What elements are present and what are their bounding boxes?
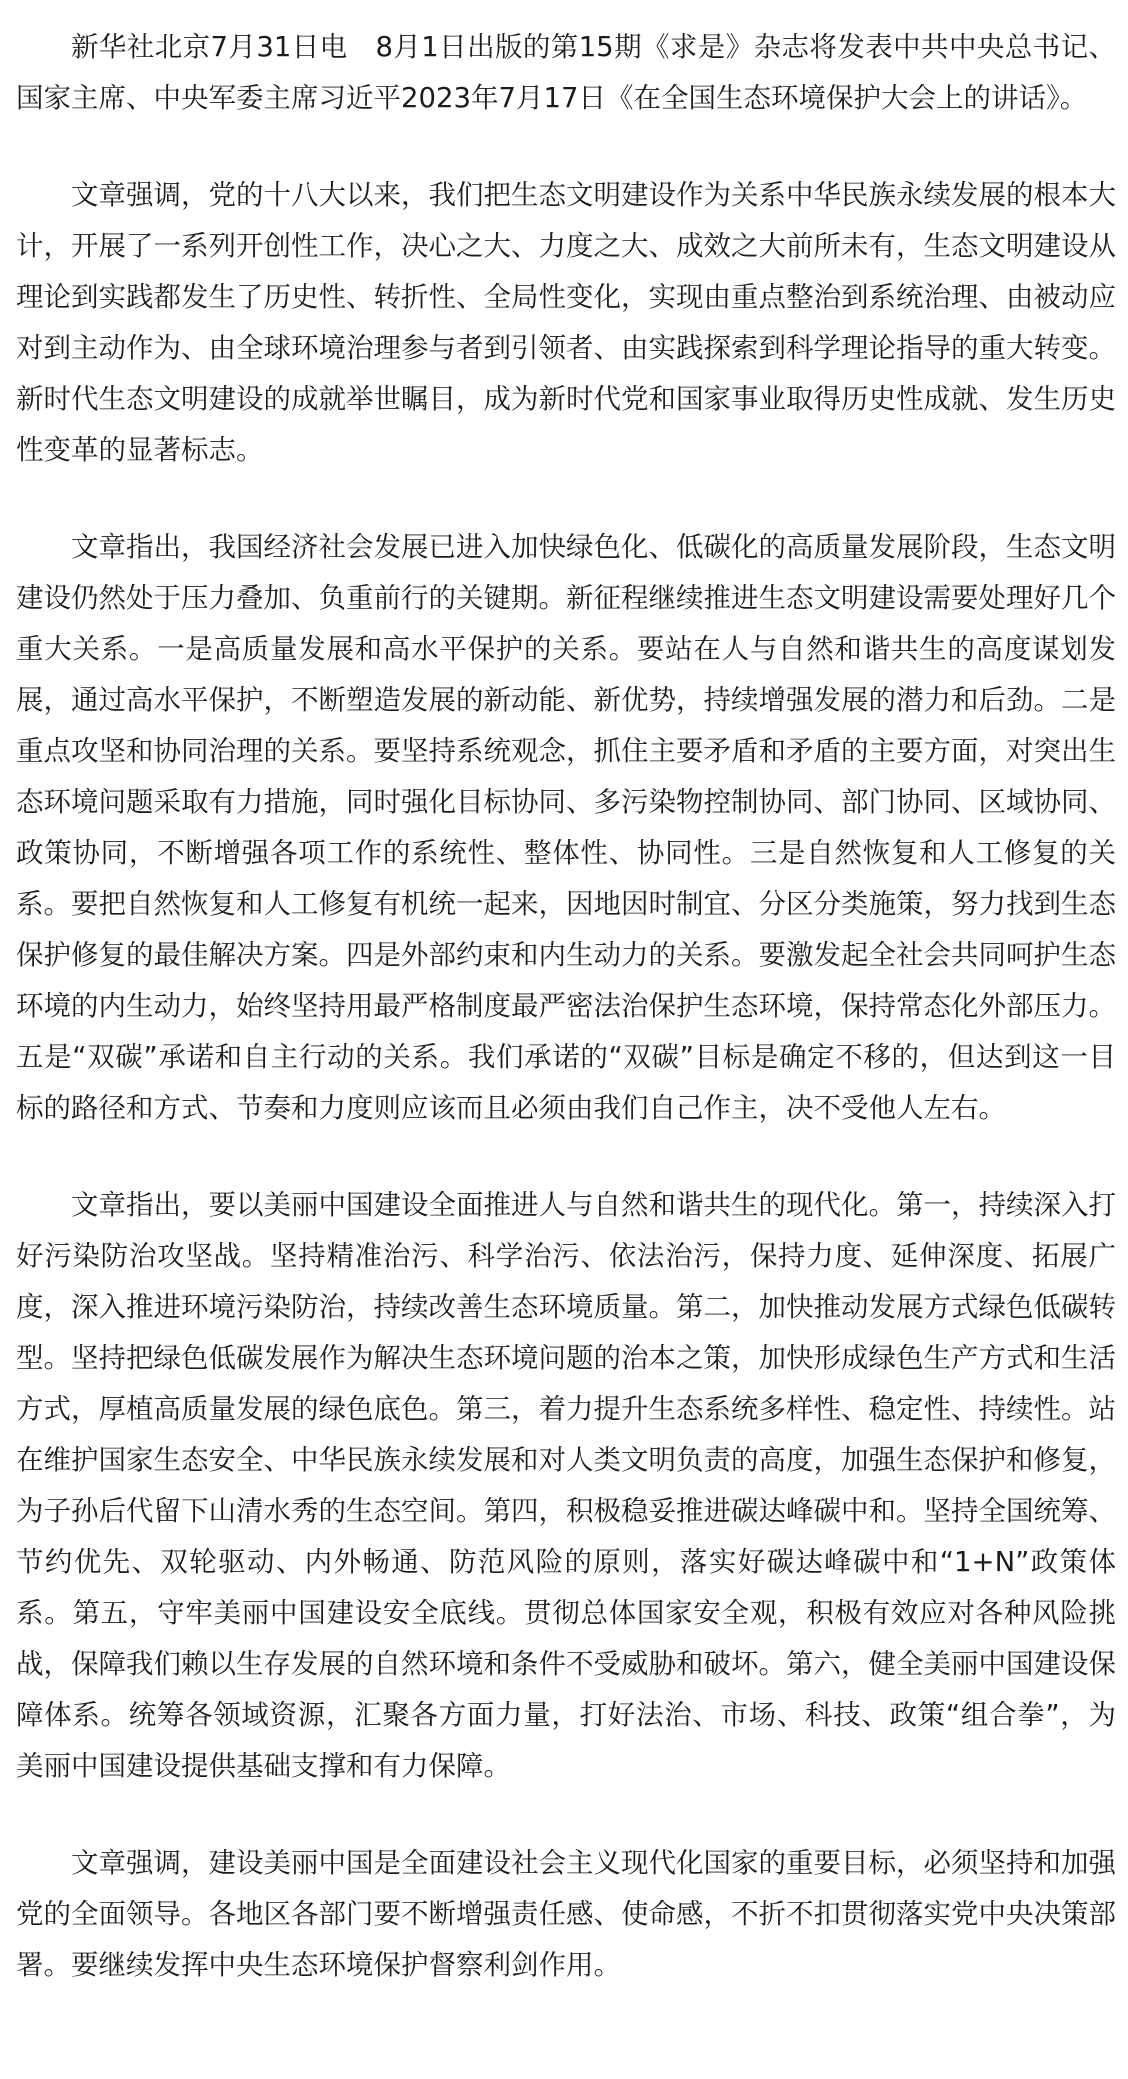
paragraph-beautiful-china: 文章指出，要以美丽中国建设全面推进人与自然和谐共生的现代化。第一，持续深入打好污… bbox=[16, 1180, 1116, 1792]
paragraph-dateline: 新华社北京7月31日电 8月1日出版的第15期《求是》杂志将发表中共中央总书记、… bbox=[16, 22, 1116, 124]
article-body: 新华社北京7月31日电 8月1日出版的第15期《求是》杂志将发表中共中央总书记、… bbox=[16, 22, 1116, 1991]
paragraph-achievements: 文章强调，党的十八大以来，我们把生态文明建设作为关系中华民族永续发展的根本大计，… bbox=[16, 170, 1116, 476]
paragraph-key-relationships: 文章指出，我国经济社会发展已进入加快绿色化、低碳化的高质量发展阶段，生态文明建设… bbox=[16, 522, 1116, 1134]
paragraph-leadership: 文章强调，建设美丽中国是全面建设社会主义现代化国家的重要目标，必须坚持和加强党的… bbox=[16, 1838, 1116, 1991]
